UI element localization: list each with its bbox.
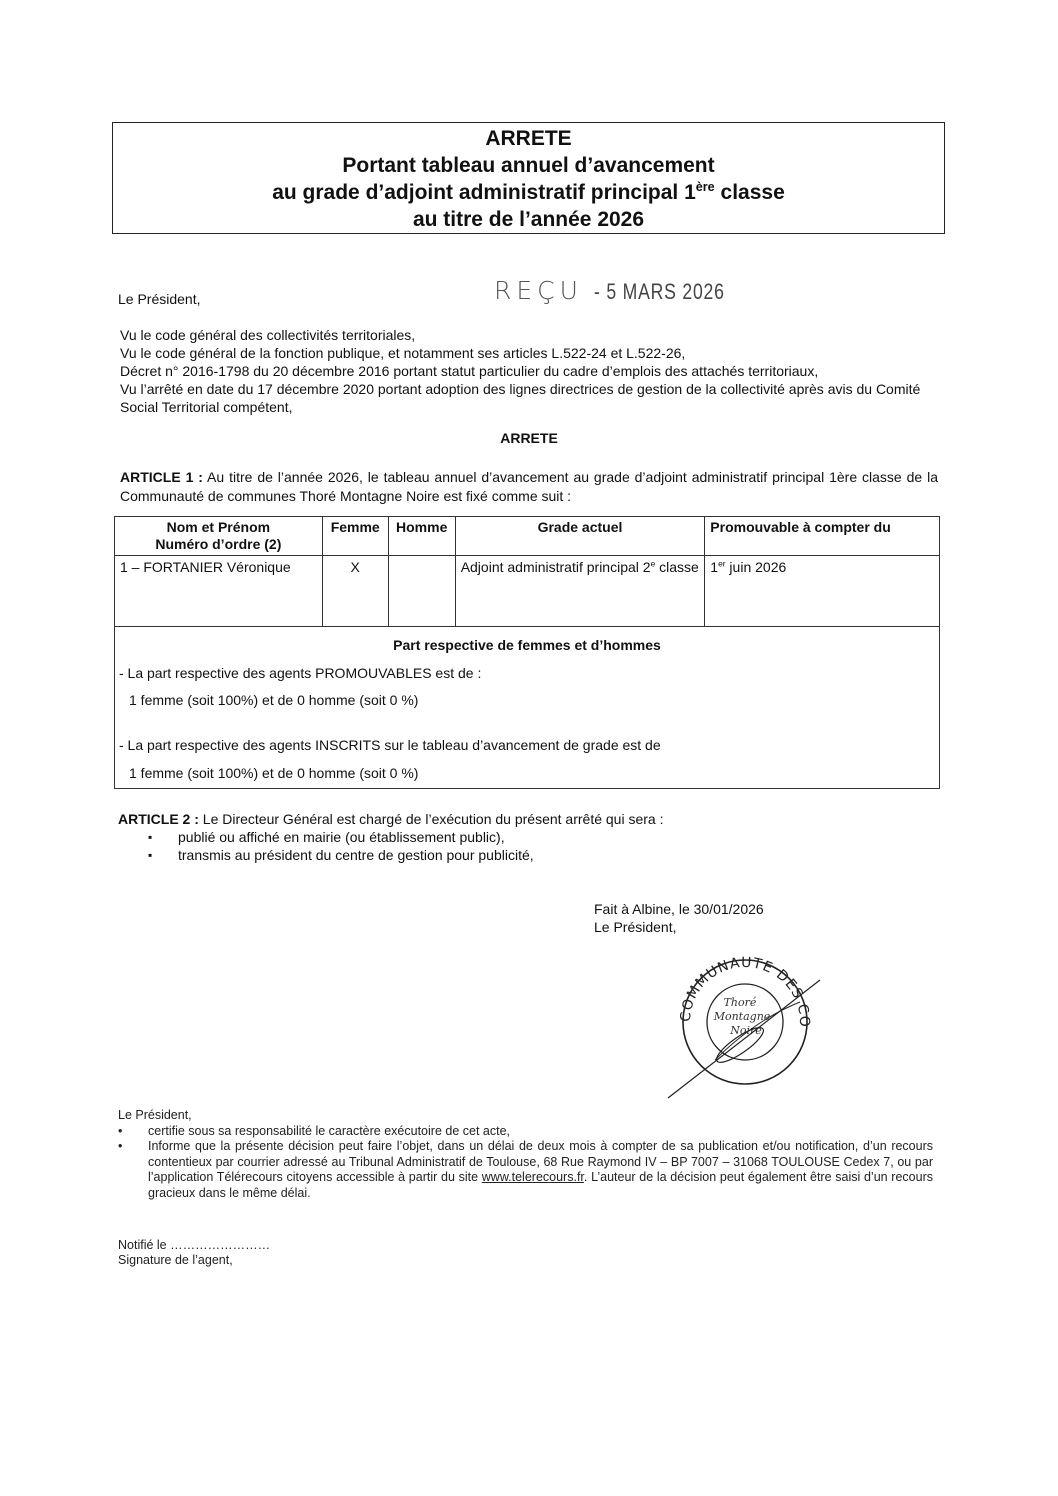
visa-item: Décret n° 2016-1798 du 20 décembre 2016 … (120, 362, 942, 380)
gender-share-section: Part respective de femmes et d’hommes - … (114, 625, 940, 789)
arrete-heading: ARRETE (0, 430, 1058, 446)
signatory: Le Président, (594, 918, 764, 936)
cell-homme (388, 556, 455, 627)
promotion-table: Nom et PrénomNuméro d’ordre (2) Femme Ho… (114, 516, 940, 627)
visa-item: Vu l’arrêté en date du 17 décembre 2020 … (120, 380, 942, 416)
stamp-date: - 5 MARS 2026 (594, 279, 725, 305)
share-heading: Part respective de femmes et d’hommes (115, 637, 939, 653)
notified-line: Notifié le …………………… (118, 1238, 270, 1253)
telerecours-link[interactable]: www.telerecours.fr (482, 1170, 584, 1184)
agent-signature-line: Signature de l’agent, (118, 1253, 270, 1268)
visa-item: Vu le code général des collectivités ter… (120, 326, 942, 344)
article-1-text: Au titre de l’année 2026, le tableau ann… (120, 469, 938, 504)
inscrits-label: - La part respective des agents INSCRITS… (119, 737, 661, 753)
svg-text:Montagne: Montagne (713, 1010, 771, 1023)
article-2-text: Le Directeur Général est chargé de l’exé… (199, 811, 664, 827)
footer-intro: Le Président, (118, 1108, 933, 1124)
list-item: publié ou affiché en mairie (ou établiss… (148, 828, 534, 846)
title-line-3: au grade d’adjoint administratif princip… (113, 179, 944, 206)
president-intro: Le Président, (118, 290, 201, 308)
article-1: ARTICLE 1 : Au titre de l’année 2026, le… (120, 468, 938, 506)
legal-footer: Le Président, certifie sous sa responsab… (118, 1108, 933, 1201)
cell-femme: X (322, 556, 388, 627)
list-item: Informe que la présente décision peut fa… (118, 1139, 933, 1201)
svg-text:Thoré: Thoré (724, 996, 757, 1009)
title-arrete: ARRETE (113, 125, 944, 152)
visa-item: Vu le code général de la fonction publiq… (120, 344, 942, 362)
promouvables-label: - La part respective des agents PROMOUVA… (119, 665, 481, 681)
article-2-list: publié ou affiché en mairie (ou établiss… (148, 828, 534, 864)
seal-stamp-icon: COMMUNAUTE DES COMMUNES Thoré Montagne N… (660, 950, 850, 1110)
header-name: Nom et PrénomNuméro d’ordre (2) (115, 517, 323, 556)
place-date: Fait à Albine, le 30/01/2026 (594, 900, 764, 918)
signature-block: Fait à Albine, le 30/01/2026 Le Présiden… (594, 900, 764, 936)
header-homme: Homme (388, 517, 455, 556)
header-grade: Grade actuel (455, 517, 705, 556)
svg-text:Noire: Noire (729, 1024, 762, 1037)
stamp-word: REÇU (494, 276, 583, 305)
article-2-label: ARTICLE 2 : (118, 811, 199, 827)
table-header-row: Nom et PrénomNuméro d’ordre (2) Femme Ho… (115, 517, 940, 556)
notification-block: Notifié le …………………… Signature de l’agent… (118, 1238, 270, 1268)
title-line-4: au titre de l’année 2026 (113, 206, 944, 233)
received-stamp: REÇU - 5 MARS 2026 (494, 276, 757, 305)
article-1-label: ARTICLE 1 : (120, 469, 203, 485)
header-femme: Femme (322, 517, 388, 556)
cell-name: 1 – FORTANIER Véronique (115, 556, 323, 627)
table-row: 1 – FORTANIER Véronique X Adjoint admini… (115, 556, 940, 627)
cell-date: 1er juin 2026 (705, 556, 940, 627)
list-item: transmis au président du centre de gesti… (148, 846, 534, 864)
inscrits-value: 1 femme (soit 100%) et de 0 homme (soit … (129, 765, 418, 781)
document-title-box: ARRETE Portant tableau annuel d’avanceme… (112, 122, 945, 234)
promouvables-value: 1 femme (soit 100%) et de 0 homme (soit … (129, 692, 418, 708)
list-item: certifie sous sa responsabilité le carac… (118, 1124, 933, 1140)
cell-grade: Adjoint administratif principal 2e class… (455, 556, 705, 627)
legal-references: Vu le code général des collectivités ter… (120, 326, 942, 416)
title-line-2: Portant tableau annuel d’avancement (113, 152, 944, 179)
official-seal: COMMUNAUTE DES COMMUNES Thoré Montagne N… (660, 950, 850, 1115)
article-2: ARTICLE 2 : Le Directeur Général est cha… (118, 810, 663, 828)
header-promouvable: Promouvable à compter du (705, 517, 940, 556)
